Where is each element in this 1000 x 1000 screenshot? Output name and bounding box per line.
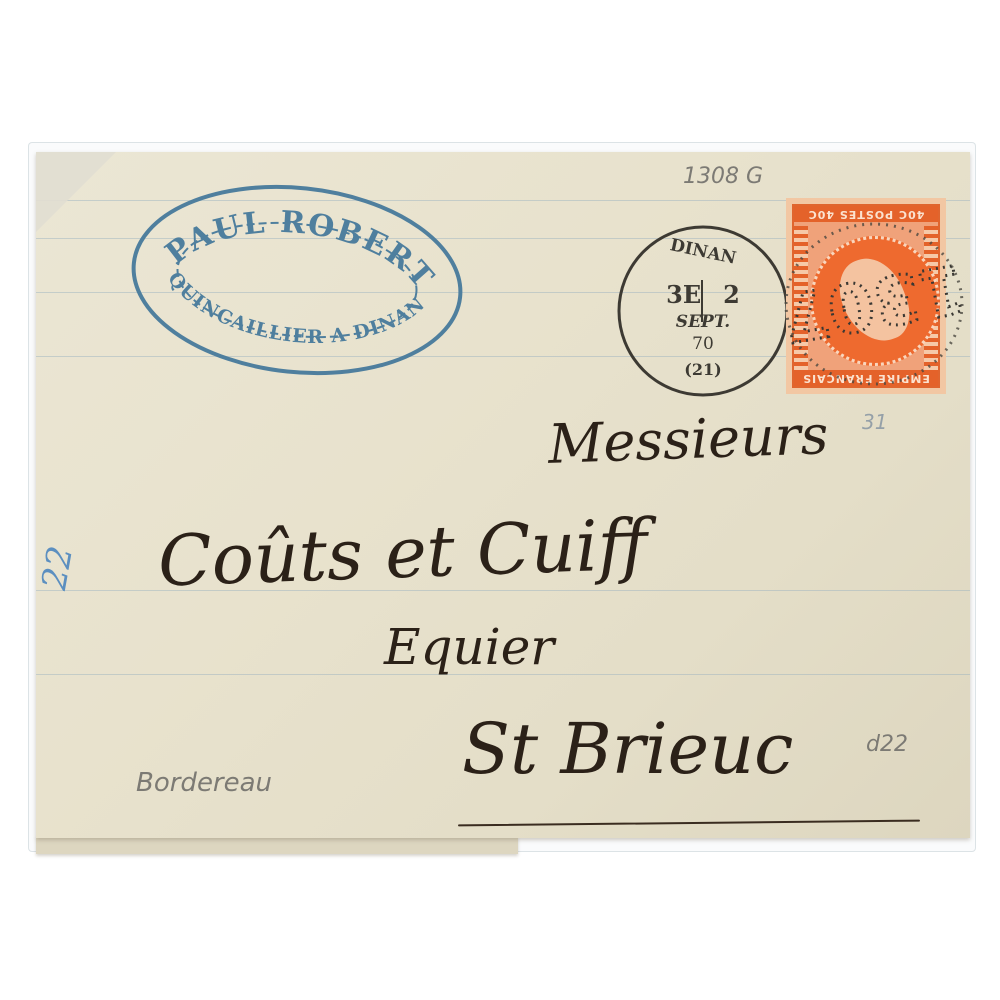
address-line-1: Coûts et Cuiff <box>157 503 649 602</box>
postmark-day: 2 <box>723 280 740 309</box>
obliteration-number: 1307 <box>777 249 966 357</box>
cover-bottom-flap <box>36 836 518 854</box>
postmark-year: 70 <box>614 334 792 354</box>
company-oval-stamp: PAUL ROBERT QUINCAILLIER A DINAN <box>118 163 475 397</box>
company-name-text: PAUL ROBERT <box>156 191 446 298</box>
bordereau-note: Bordereau <box>136 768 272 798</box>
pencil-code-note: d22 <box>866 732 908 757</box>
address-salutation: Messieurs <box>547 403 829 476</box>
numeral-obliteration: 1307 <box>776 216 966 392</box>
catalog-number-note: 1308 G <box>683 164 763 189</box>
postmark-month: SEPT. <box>614 312 792 332</box>
sleeve-corner <box>36 152 116 232</box>
postmark-levee: 3E <box>666 280 701 309</box>
blue-pencil-mark: 22 <box>34 543 81 593</box>
pencil-number-31: 31 <box>862 410 887 434</box>
address-line-2: Equier <box>384 618 554 676</box>
postmark-department: (21) <box>614 360 792 379</box>
address-city: St Brieuc <box>462 708 793 790</box>
dinan-postmark: DINAN 3E2 SEPT. 70 (21) <box>614 222 792 400</box>
svg-text:PAUL ROBERT: PAUL ROBERT <box>156 191 446 298</box>
